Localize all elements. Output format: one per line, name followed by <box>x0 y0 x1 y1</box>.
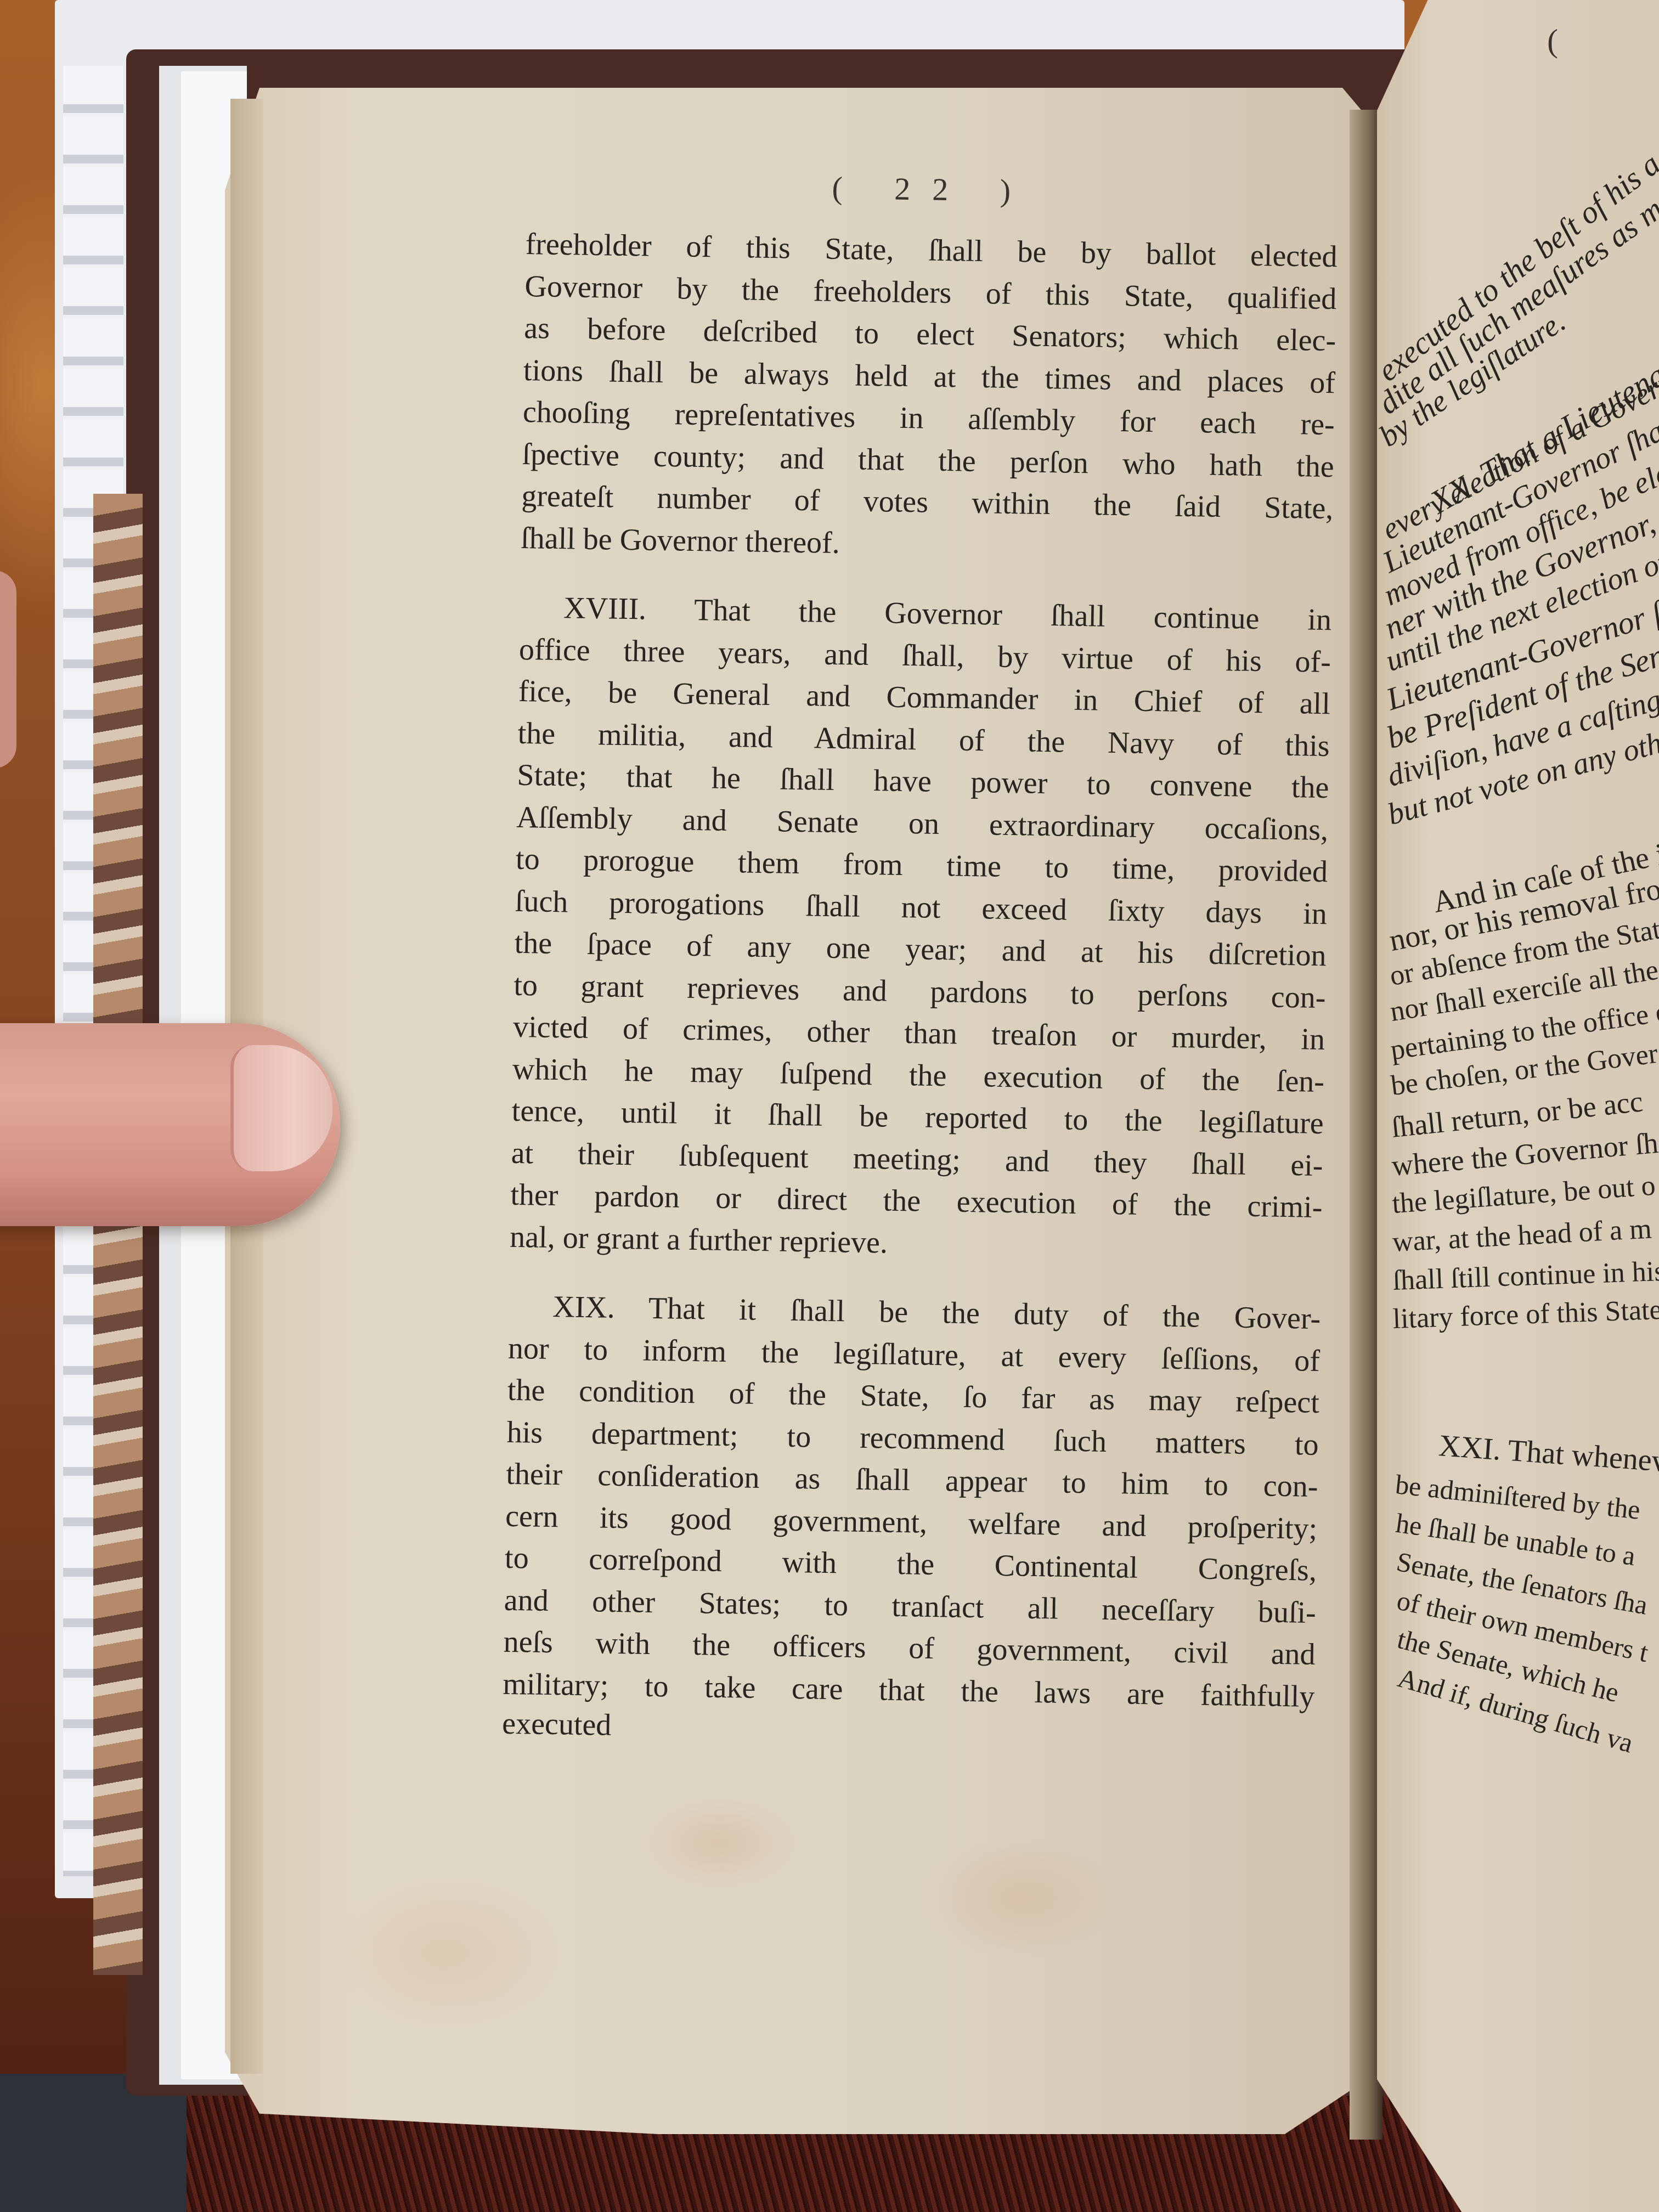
right-page-number-partial: ( <box>1547 22 1558 60</box>
article-xix: XIX. That it ſhall be the duty of the Go… <box>502 1285 1321 1758</box>
left-page-text: ( 22 ) freeholder of this State, ſhall b… <box>501 165 1339 1785</box>
marbled-cover-edge <box>93 494 143 1975</box>
thumb-edge <box>0 571 16 768</box>
paragraph-continuation: freeholder of this State, ſhall be by ba… <box>521 223 1338 572</box>
article-xviii: XVIII. That the Governor ſhall continue … <box>510 586 1332 1271</box>
